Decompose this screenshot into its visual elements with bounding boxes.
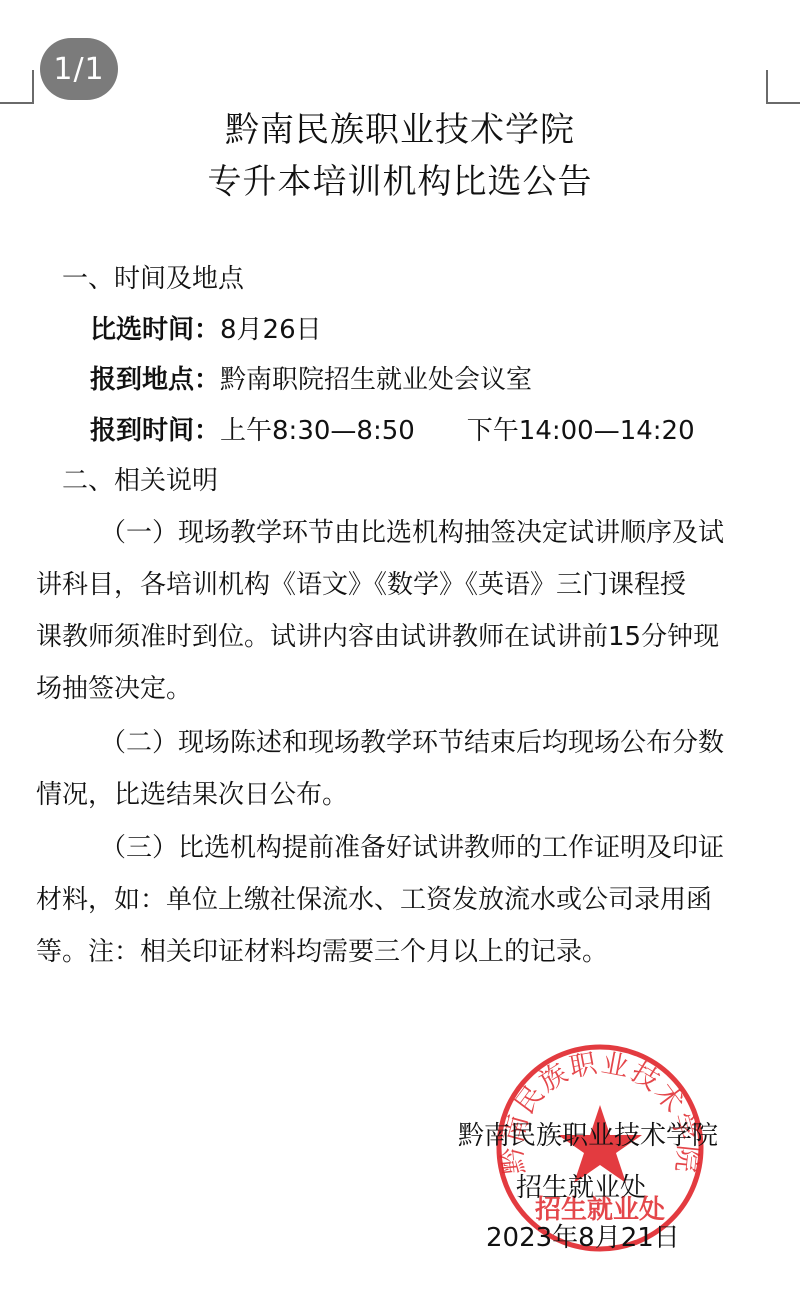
page-corner-mark-right [766,70,800,104]
document-title-line1: 黔南民族职业技术学院 [0,110,800,150]
paragraph-2-line: 情况，比选结果次日公布。 [36,778,766,812]
info-row-report-location: 报到地点：黔南职院招生就业处会议室 [90,363,532,397]
signature-dept: 招生就业处 [516,1171,646,1205]
info-value: 上午8:30—8:50 下午14:00—14:20 [220,416,695,446]
info-value: 黔南职院招生就业处会议室 [220,365,532,395]
info-value: 8月26日 [220,315,322,345]
info-label: 报到时间： [90,416,220,446]
paragraph-3-line: 材料，如：单位上缴社保流水、工资发放流水或公司录用函 [36,883,766,917]
page-corner-mark-left [0,70,34,104]
paragraph-1-line: 场抽签决定。 [36,672,766,706]
info-row-report-time: 报到时间：上午8:30—8:50 下午14:00—14:20 [90,414,695,448]
info-row-selection-time: 比选时间：8月26日 [90,313,322,347]
paragraph-2-line: （二）现场陈述和现场教学环节结束后均现场公布分数 [100,726,724,760]
paragraph-1-line: （一）现场教学环节由比选机构抽签决定试讲顺序及试 [100,516,724,550]
document-title-line2: 专升本培训机构比选公告 [0,162,800,202]
section2-heading: 二、相关说明 [62,464,218,498]
section1-heading: 一、时间及地点 [62,262,244,296]
signature-org: 黔南民族职业技术学院 [458,1119,718,1153]
paragraph-1-line: 讲科目，各培训机构《语文》《数学》《英语》三门课程授 [36,568,766,602]
signature-date: 2023年8月21日 [486,1221,680,1255]
info-label: 比选时间： [90,315,220,345]
page-indicator: 1/1 [40,38,118,100]
paragraph-3-line: 等。注：相关印证材料均需要三个月以上的记录。 [36,935,766,969]
paragraph-3-line: （三）比选机构提前准备好试讲教师的工作证明及印证 [100,831,724,865]
info-label: 报到地点： [90,365,220,395]
paragraph-1-line: 课教师须准时到位。试讲内容由试讲教师在试讲前15分钟现 [36,620,766,654]
